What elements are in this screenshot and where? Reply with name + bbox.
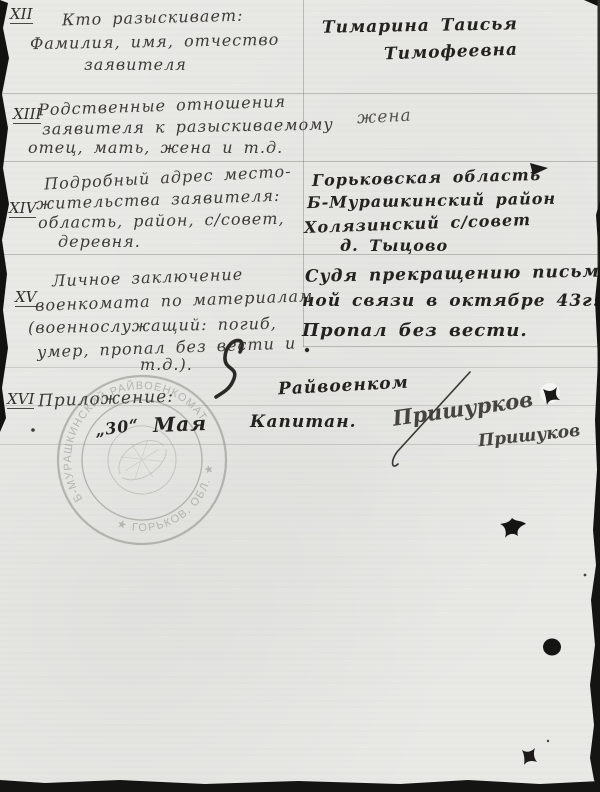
bottom-edge-band — [0, 780, 600, 792]
hole-punch — [543, 639, 561, 656]
page-artifacts — [0, 0, 600, 792]
ink-dot — [547, 740, 549, 742]
ink-blot — [530, 163, 548, 175]
ink-mark — [522, 748, 537, 765]
signature-slash — [393, 372, 470, 466]
right-edge-ragged — [590, 200, 600, 792]
ink-dot — [31, 428, 35, 432]
ink-dot — [305, 348, 309, 352]
torn-left-edge — [0, 0, 9, 432]
ink-splash — [500, 518, 526, 538]
ink-dot — [584, 574, 587, 577]
scanned-document-page: Б-МУРАШКИНСКИЙ РАЙВОЕНКОМАТ ★ ГОРЬКОВ. О… — [0, 0, 600, 792]
pen-flourish — [216, 340, 242, 397]
